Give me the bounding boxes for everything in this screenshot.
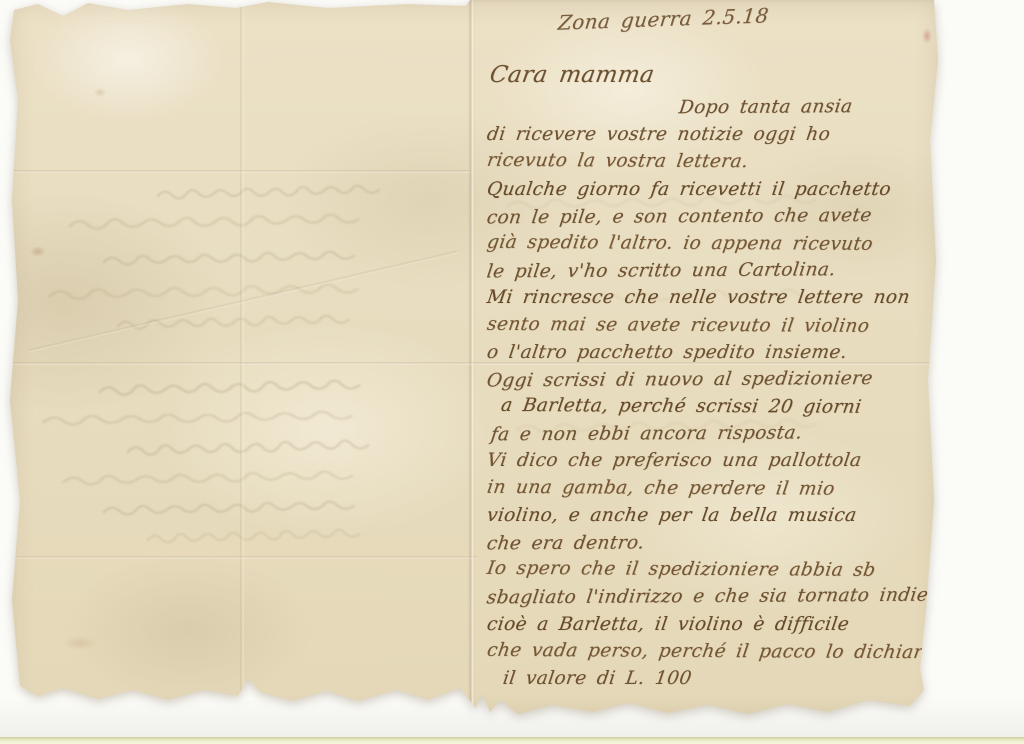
letter-line: già spedito l'altro. io appena ricevuto — [485, 229, 938, 259]
letter-line: ricevuto la vostra lettera. — [485, 147, 938, 177]
letter-line: fa e non ebbi ancora risposta. — [485, 419, 938, 449]
letter-line: sbagliato l'indirizzo e che sia tornato … — [485, 582, 938, 612]
letter-line: il valore di L. 100 — [485, 665, 938, 692]
letter-line: con le pile, e son contento che avete — [485, 201, 938, 231]
letter-text: Zona guerra 2.5.18 Cara mamma Dopo tanta… — [484, 0, 936, 716]
letter-line: le pile, v'ho scritto una Cartolina. — [485, 256, 938, 286]
red-ink-mark — [7, 10, 12, 38]
letter-salutation: Cara mamma — [488, 62, 656, 88]
letter-line: Vi dico che preferisco una pallottola — [485, 447, 938, 474]
diagonal-crease — [28, 251, 457, 353]
letter-line: Mi rincresce che nelle vostre lettere no… — [485, 284, 938, 311]
scanned-letter-page: Zona guerra 2.5.18 Cara mamma Dopo tanta… — [0, 0, 1024, 744]
letter-line: in una gamba, che perdere il mio — [485, 473, 938, 503]
left-fold-crease — [240, 0, 244, 700]
letter-line: di ricevere vostre notizie oggi ho — [485, 121, 938, 148]
letter-line: Dopo tanta ansia — [485, 93, 938, 123]
paper-stain — [94, 88, 106, 97]
scanner-edge-strip — [0, 737, 1024, 744]
letter-line: cioè a Barletta, il violino è difficile — [485, 611, 938, 638]
letter-sheet-wrap: Zona guerra 2.5.18 Cara mamma Dopo tanta… — [8, 0, 940, 718]
letter-line: violino, e anche per la bella musica — [485, 502, 938, 529]
letter-line: a Barletta, perché scrissi 20 giorni — [485, 392, 938, 422]
center-fold-crease — [468, 0, 475, 716]
letter-line: sento mai se avete ricevuto il violino — [485, 310, 938, 340]
horizontal-crease-lower — [8, 556, 478, 559]
letter-line: che vada perso, perché il pacco lo dichi… — [485, 637, 938, 667]
letter-line: che era dentro. — [485, 528, 938, 558]
letter-body: Dopo tanta ansiadi ricevere vostre notiz… — [487, 94, 936, 692]
paper-stain — [30, 246, 46, 257]
letter-sheet: Zona guerra 2.5.18 Cara mamma Dopo tanta… — [8, 0, 940, 718]
red-ink-mark — [7, 632, 13, 678]
paper-stain — [63, 636, 97, 650]
letter-line: o l'altro pacchetto spedito insieme. — [485, 339, 938, 366]
letter-line: Qualche giorno fa ricevetti il pacchetto — [485, 176, 938, 203]
letter-line: Io spero che il spedizioniere abbia sb — [485, 555, 938, 585]
letter-line: Oggi scrissi di nuovo al spedizioniere — [485, 365, 938, 395]
letter-dateline: Zona guerra 2.5.18 — [557, 3, 770, 34]
horizontal-crease-upper — [8, 170, 470, 173]
